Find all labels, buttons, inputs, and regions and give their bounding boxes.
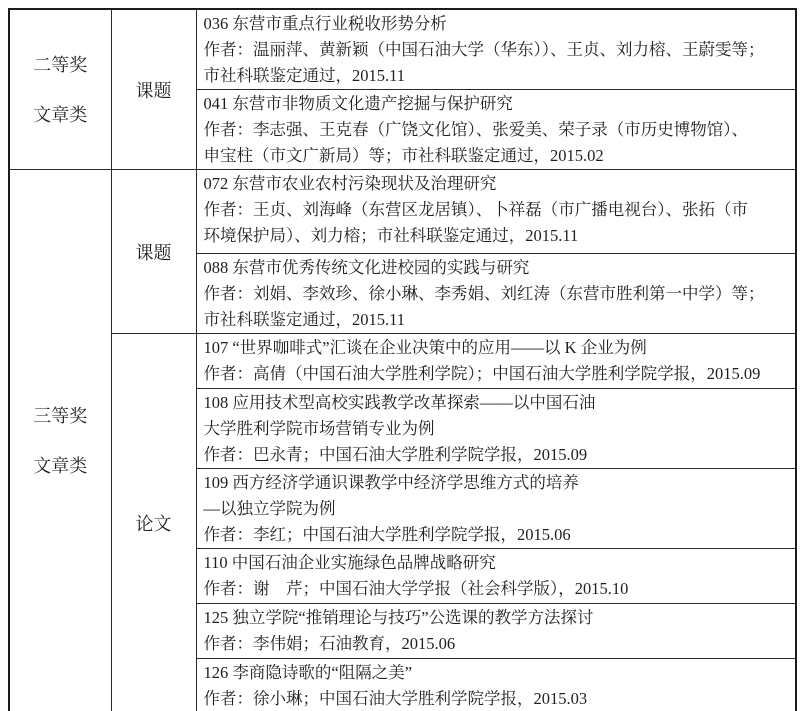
table-row: 二等奖 文章类 课题 036 东营市重点行业税收形势分析 作者：温丽萍、黄新颖（…: [9, 9, 796, 90]
entry-cell-125: 125 独立学院“推销理论与技巧”公选课的教学方法探讨 作者：李伟娟；石油教育，…: [196, 604, 796, 659]
entry-cell-036: 036 东营市重点行业税收形势分析 作者：温丽萍、黄新颖（中国石油大学（华东））…: [196, 9, 796, 90]
award-title: 三等奖: [11, 405, 110, 427]
entry-cell-041: 041 东营市非物质文化遗产挖掘与保护研究 作者：李志强、王克春（广饶文化馆）、…: [196, 90, 796, 170]
type-cell-keti: 课题: [111, 9, 196, 170]
type-cell-keti: 课题: [111, 170, 196, 334]
award-category: 文章类: [11, 104, 110, 126]
table-row: 论文 107 “世界咖啡式”汇谈在企业决策中的应用——以 K 企业为例 作者：高…: [9, 334, 796, 389]
awards-table: 二等奖 文章类 课题 036 东营市重点行业税收形势分析 作者：温丽萍、黄新颖（…: [8, 8, 797, 711]
entry-cell-088: 088 东营市优秀传统文化进校园的实践与研究 作者：刘娟、李效珍、徐小琳、李秀娟…: [196, 254, 796, 334]
entry-cell-126: 126 李商隐诗歌的“阻隔之美” 作者：徐小琳；中国石油大学胜利学院学报，201…: [196, 659, 796, 711]
entry-cell-107: 107 “世界咖啡式”汇谈在企业决策中的应用——以 K 企业为例 作者：高倩（中…: [196, 334, 796, 389]
entry-cell-072: 072 东营市农业农村污染现状及治理研究 作者：王贞、刘海峰（东营区龙居镇）、卜…: [196, 170, 796, 254]
entry-cell-109: 109 西方经济学通识课教学中经济学思维方式的培养 —以独立学院为例 作者：李红…: [196, 469, 796, 549]
table-row: 三等奖 文章类 课题 072 东营市农业农村污染现状及治理研究 作者：王贞、刘海…: [9, 170, 796, 254]
entry-cell-108: 108 应用技术型高校实践教学改革探索——以中国石油 大学胜利学院市场营销专业为…: [196, 389, 796, 469]
entry-cell-110: 110 中国石油企业实施绿色品牌战略研究 作者：谢 芹；中国石油大学学报（社会科…: [196, 549, 796, 604]
award-group-cell-third-prize: 三等奖 文章类: [9, 170, 111, 711]
award-group-cell-second-prize: 二等奖 文章类: [9, 9, 111, 170]
document-page: 二等奖 文章类 课题 036 东营市重点行业税收形势分析 作者：温丽萍、黄新颖（…: [0, 0, 803, 711]
type-cell-lunwen: 论文: [111, 334, 196, 711]
award-category: 文章类: [11, 455, 110, 477]
award-title: 二等奖: [11, 54, 110, 76]
